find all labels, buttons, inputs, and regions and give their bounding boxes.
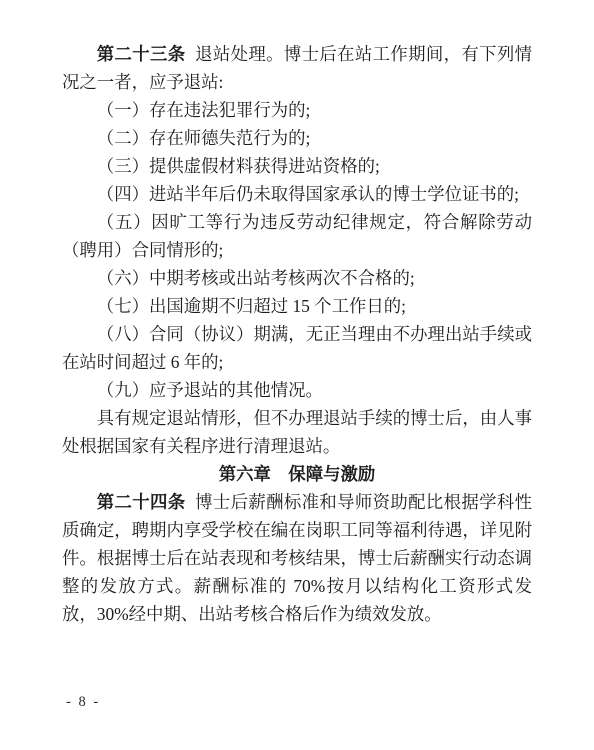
clause-item-4: （四）进站半年后仍未取得国家承认的博士学位证书的; xyxy=(62,180,532,208)
clause-item-8: （八）合同（协议）期满，无正当理由不办理出站手续或在站时间超过 6 年的; xyxy=(62,320,532,376)
clause-item-2: （二）存在师德失范行为的; xyxy=(62,124,532,152)
page-number: - 8 - xyxy=(66,694,100,711)
clause-item-9: （九）应予退站的其他情况。 xyxy=(62,376,532,404)
chapter-heading: 第六章 保障与激励 xyxy=(62,460,532,488)
clause-item-3: （三）提供虚假材料获得进站资格的; xyxy=(62,152,532,180)
article-24-number: 第二十四条 xyxy=(97,492,186,512)
clause-item-5: （五）因旷工等行为违反劳动纪律规定，符合解除劳动（聘用）合同情形的; xyxy=(62,208,532,264)
article-24-paragraph: 第二十四条博士后薪酬标准和导师资助配比根据学科性质确定，聘期内享受学校在编在岗职… xyxy=(62,488,532,628)
clause-item-6: （六）中期考核或出站考核两次不合格的; xyxy=(62,264,532,292)
closing-paragraph: 具有规定退站情形，但不办理退站手续的博士后，由人事处根据国家有关程序进行清理退站… xyxy=(62,404,532,460)
clause-item-1: （一）存在违法犯罪行为的; xyxy=(62,96,532,124)
article-23-number: 第二十三条 xyxy=(97,44,186,64)
article-23-paragraph: 第二十三条退站处理。博士后在站工作期间，有下列情况之一者，应予退站: xyxy=(62,40,532,96)
clause-item-7: （七）出国逾期不归超过 15 个工作日的; xyxy=(62,292,532,320)
document-page: 第二十三条退站处理。博士后在站工作期间，有下列情况之一者，应予退站: （一）存在… xyxy=(0,0,594,750)
document-content: 第二十三条退站处理。博士后在站工作期间，有下列情况之一者，应予退站: （一）存在… xyxy=(62,40,532,628)
